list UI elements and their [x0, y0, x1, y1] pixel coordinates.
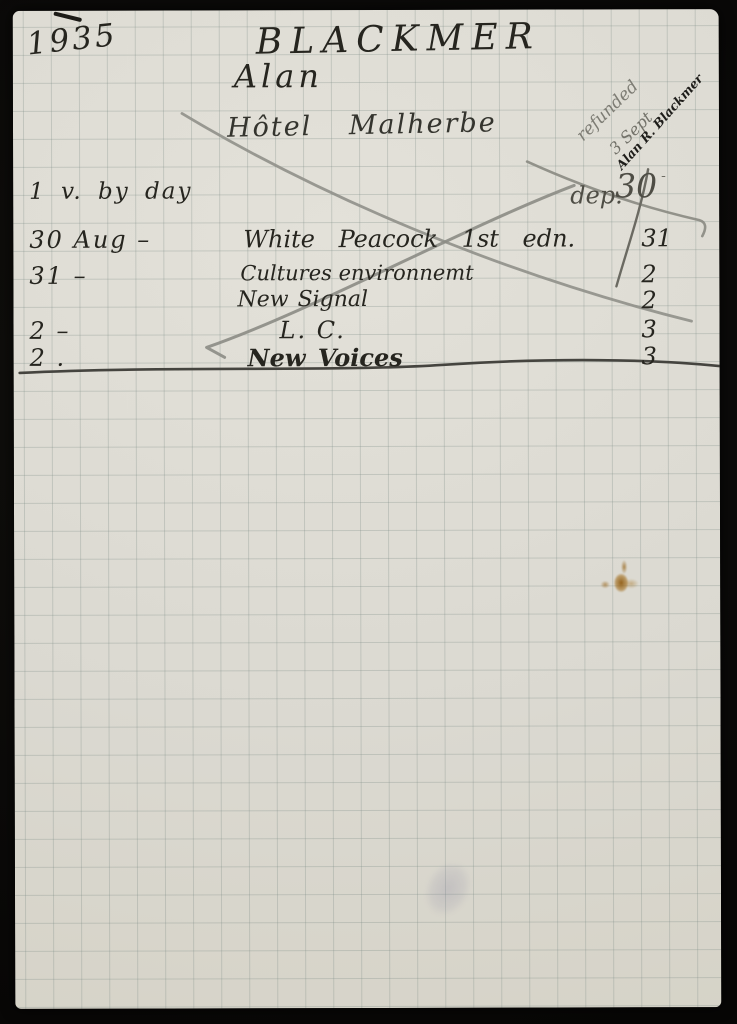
entry-title: L. C.	[279, 316, 345, 344]
ink-smudge	[404, 842, 492, 935]
entry-date: 2 .	[30, 344, 67, 372]
entry-date: 2 –	[29, 317, 70, 345]
card-address: Hôtel Malherbe	[227, 109, 497, 141]
deposit-unit: -	[661, 169, 666, 183]
entry-number: 2	[641, 286, 656, 314]
entry-title: White Peacock 1st edn.	[243, 224, 575, 253]
entry-number: 3	[641, 315, 656, 343]
entry-title: New Voices	[248, 343, 403, 372]
scanned-photo-background: { "card": { "year": "1935", "surname": "…	[0, 0, 737, 1024]
entry-number: 31	[641, 224, 672, 252]
card-first-name: Alan	[234, 60, 323, 92]
entry-date: 31 –	[29, 262, 87, 290]
entry-row: 30 Aug – White Peacock 1st edn. 31	[13, 224, 719, 256]
deposit-amount: 30	[615, 169, 657, 202]
entry-title: New Signal	[237, 287, 368, 312]
card-surname: BLACKMER	[255, 19, 541, 61]
entry-title: Cultures environnemt	[240, 261, 473, 286]
entry-date: 30 Aug –	[29, 226, 151, 254]
card-year: 1935	[25, 20, 119, 61]
corner-mark	[56, 14, 80, 20]
entry-row: New Signal 2	[13, 286, 719, 318]
borrowing-terms: 1 v. by day	[29, 180, 192, 203]
entry-row: 2 . New Voices 3	[14, 342, 720, 374]
rust-stain	[590, 557, 640, 601]
entry-number: 2	[641, 260, 656, 288]
library-card: 1935 BLACKMER Alan Hôtel Malherbe 1 v. b…	[13, 9, 722, 1009]
entry-number: 3	[642, 342, 657, 370]
